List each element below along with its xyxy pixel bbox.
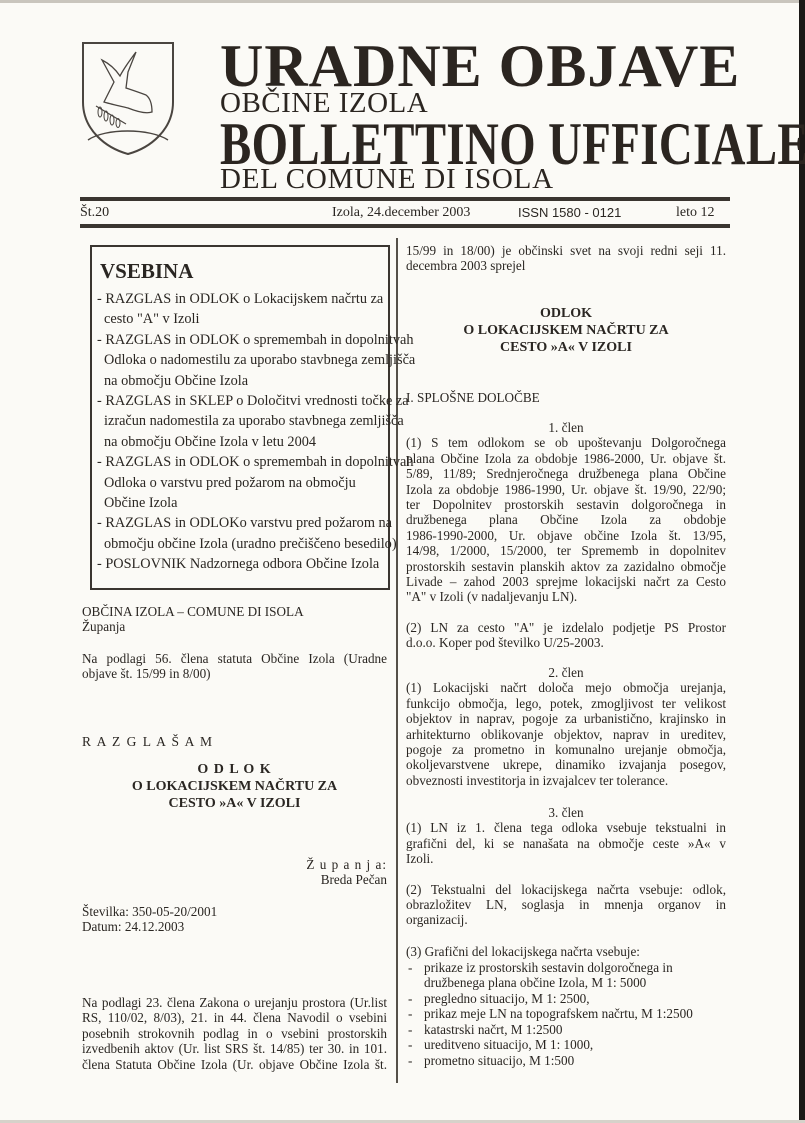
paragraph-line: grafični del, ki se nanašata na območje …: [406, 836, 726, 851]
paragraph-line: arhitekturno oblikovanje objektov, napra…: [406, 727, 726, 742]
issue-info-bar: Št.20 Izola, 24.december 2003 ISSN 1580 …: [80, 205, 730, 221]
paragraph-line: Izola za obdobje 1986-1990, Ur. objave š…: [406, 482, 726, 497]
left-decree-title: O D L O K O LOKACIJSKEM NAČRTU ZA CESTO …: [82, 761, 387, 812]
preamble-line: decembra 2003 sprejel: [406, 258, 726, 273]
issuer-role: Županja: [82, 619, 387, 634]
article-2: 2. člen(1) Lokacijski načrt določa mejo …: [406, 665, 726, 788]
paragraph-line: organizacij.: [406, 912, 726, 927]
paragraph-line: pogoje za prometno in komunalno urejanje…: [406, 742, 726, 757]
council-preamble-continued: 15/99 in 18/00) je občinski svet na svoj…: [406, 243, 726, 274]
legal-basis-line: Na podlagi 56. člena statuta Občine Izol…: [82, 651, 387, 666]
issn: ISSN 1580 - 0121: [518, 205, 621, 221]
paragraph-line: d.o.o. Koper pod številko U/25-2003.: [406, 635, 726, 650]
paragraph-line: funkcijo območja, lego, potek, zmogljivo…: [406, 696, 726, 711]
paragraph-line: družbenega plana Občine Izola za obdobje: [406, 512, 726, 527]
paragraph-line: okoljevarstvene ukrepe, dinamiko izvajan…: [406, 757, 726, 772]
toc-item-line: - RAZGLAS in ODLOK o Lokacijskem načrtu …: [97, 289, 387, 309]
toc-item: - RAZGLAS in SKLEP o Določitvi vrednosti…: [97, 391, 387, 452]
graphic-part-line: ureditveno situacijo, M 1: 1000,: [424, 1037, 726, 1053]
list-dash-icon: -: [408, 1006, 412, 1022]
toc-item-line: - RAZGLAS in SKLEP o Določitvi vrednosti…: [97, 391, 387, 411]
graphic-part-line: prikaze iz prostorskih sestavin dolgoroč…: [424, 960, 726, 976]
preamble-line: člena Statuta Občine Izola (Ur. objave O…: [82, 1057, 387, 1072]
issue-place-date: Izola, 24.december 2003: [332, 205, 470, 221]
decree-title-line: CESTO »A« V IZOLI: [406, 339, 726, 356]
paragraph-line: (1) LN iz 1. člena tega odloka vsebuje t…: [406, 820, 726, 835]
issuer-name: OBČINA IZOLA – COMUNE DI ISOLA: [82, 604, 387, 619]
masthead-rule-bottom: [80, 224, 730, 228]
toc-item: - RAZGLAS in ODLOKo varstvu pred požarom…: [97, 513, 387, 554]
section-heading: I. SPLOŠNE DOLOČBE: [406, 390, 726, 405]
council-preamble: Na podlagi 23. člena Zakona o urejanju p…: [82, 995, 387, 1072]
table-of-contents: VSEBINA - RAZGLAS in ODLOK o Lokacijskem…: [90, 245, 390, 590]
graphic-part-list: (3) Grafični del lokacijskega načrta vse…: [406, 944, 726, 1068]
toc-item-line: na območju Občine Izola v letu 2004: [97, 432, 387, 452]
signature-name: Breda Pečan: [82, 872, 387, 887]
list-dash-icon: -: [408, 1037, 412, 1053]
issuer-block: OBČINA IZOLA – COMUNE DI ISOLA Županja: [82, 604, 387, 635]
paragraph-line: 14/98, 1/2000, 15/2000, ter Sprememb in …: [406, 543, 726, 558]
paragraph-line: Izoli.: [406, 851, 726, 866]
issue-year: leto 12: [676, 205, 715, 221]
graphic-part-line: prometno situacijo, M 1:500: [424, 1053, 726, 1069]
toc-item-line: - RAZGLAS in ODLOK o spremembah in dopol…: [97, 452, 387, 472]
scan-edge-top: [0, 0, 805, 3]
signature-role: Ž u p a n j a:: [82, 857, 387, 872]
issue-number: Št.20: [80, 205, 109, 221]
graphic-part-line: pregledno situacijo, M 1: 2500,: [424, 991, 726, 1007]
preamble-line: 15/99 in 18/00) je občinski svet na svoj…: [406, 243, 726, 258]
document-date: Datum: 24.12.2003: [82, 919, 387, 934]
graphic-part-item: -prikaze iz prostorskih sestavin dolgoro…: [406, 960, 726, 991]
article-paragraph: (2) LN za cesto "A" je izdelalo podjetje…: [406, 620, 726, 651]
toc-item-line: cesto "A" v Izoli: [97, 309, 387, 329]
article-heading: 3. člen: [406, 805, 726, 820]
toc-item-line: Odloka o nadomestilu za uporabo stavbneg…: [97, 350, 387, 370]
toc-item-line: na območju Občine Izola: [97, 371, 387, 391]
paragraph-line: obrazložitev LN, soglasja in mnenja orga…: [406, 897, 726, 912]
article-heading: 1. člen: [406, 420, 726, 435]
article-paragraph: (1) S tem odlokom se ob upoštevanju Dolg…: [406, 435, 726, 604]
list-dash-icon: -: [408, 1022, 412, 1038]
dove-with-olive-branch-shield-icon: [80, 40, 176, 157]
toc-item: - RAZGLAS in ODLOK o spremembah in dopol…: [97, 452, 387, 513]
toc-item-line: območju občine Izola (uradno prečiščeno …: [97, 534, 387, 554]
list-dash-icon: -: [408, 960, 412, 976]
toc-item-line: Odloka o varstvu pred požarom na območju: [97, 473, 387, 493]
toc-item-line: Občine Izola: [97, 493, 387, 513]
document-reference: Številka: 350-05-20/2001 Datum: 24.12.20…: [82, 904, 387, 935]
article-paragraph: (1) Lokacijski načrt določa mejo območja…: [406, 680, 726, 788]
preamble-line: RS, 110/02, 8/03), 21. in 44. člena Navo…: [82, 1010, 387, 1025]
graphic-part-item: -pregledno situacijo, M 1: 2500,: [406, 991, 726, 1007]
article-paragraph: (2) Tekstualni del lokacijskega načrta v…: [406, 882, 726, 928]
signature-block: Ž u p a n j a: Breda Pečan: [82, 857, 387, 888]
toc-item: - RAZGLAS in ODLOK o spremembah in dopol…: [97, 330, 387, 391]
list-dash-icon: -: [408, 991, 412, 1007]
document-number: Številka: 350-05-20/2001: [82, 904, 387, 919]
toc-item-line: izračun nadomestila za uporabo stavbnega…: [97, 411, 387, 431]
decree-title-line: ODLOK: [406, 305, 726, 322]
graphic-part-line: katastrski načrt, M 1:2500: [424, 1022, 726, 1038]
paragraph-line: (1) S tem odlokom se ob upoštevanju Dolg…: [406, 435, 726, 450]
graphic-part-item: -katastrski načrt, M 1:2500: [406, 1022, 726, 1038]
toc-item: - RAZGLAS in ODLOK o Lokacijskem načrtu …: [97, 289, 387, 330]
preamble-line: izvedbenih aktov (Ur. list SRS št. 14/85…: [82, 1041, 387, 1056]
graphic-part-line: prikaz meje LN na topografskem načrtu, M…: [424, 1006, 726, 1022]
decree-title-line: CESTO »A« V IZOLI: [82, 795, 387, 812]
paragraph-line: "A" v Izoli (v nadaljevanju LN).: [406, 589, 726, 604]
right-decree-title: ODLOK O LOKACIJSKEM NAČRTU ZA CESTO »A« …: [406, 305, 726, 356]
paragraph-line: Livade – zahod 2003 sprejme lokacijski n…: [406, 574, 726, 589]
legal-basis: Na podlagi 56. člena statuta Občine Izol…: [82, 651, 387, 682]
article-heading: 2. člen: [406, 665, 726, 680]
paragraph-line: (1) Lokacijski načrt določa mejo območja…: [406, 680, 726, 695]
paragraph-line: plana Občine Izola za obdobje 1986-2000,…: [406, 451, 726, 466]
decree-title-line: O D L O K: [82, 761, 387, 778]
toc-item: - POSLOVNIK Nadzornega odbora Občine Izo…: [97, 554, 387, 574]
preamble-line: Na podlagi 23. člena Zakona o urejanju p…: [82, 995, 387, 1010]
decree-title-line: O LOKACIJSKEM NAČRTU ZA: [406, 322, 726, 339]
masthead-rule-top: [80, 197, 730, 201]
list-dash-icon: -: [408, 1053, 412, 1069]
toc-item-line: - RAZGLAS in ODLOKo varstvu pred požarom…: [97, 513, 387, 533]
masthead-subtitle-italian: DEL COMUNE DI ISOLA: [220, 165, 554, 194]
toc-list: - RAZGLAS in ODLOK o Lokacijskem načrtu …: [97, 289, 387, 575]
article-paragraph: (1) LN iz 1. člena tega odloka vsebuje t…: [406, 820, 726, 866]
graphic-part-item: -prikaz meje LN na topografskem načrtu, …: [406, 1006, 726, 1022]
paragraph-line: 5/89, 11/89; Srednjeročnega družbenega p…: [406, 466, 726, 481]
graphic-part-line: družbenega plana občine Izola, M 1: 5000: [424, 975, 726, 991]
graphic-part-item: -prometno situacijo, M 1:500: [406, 1053, 726, 1069]
paragraph-line: obveznosti investitorja in izvajalcev te…: [406, 773, 726, 788]
proclamation: R A Z G L A Š A M: [82, 734, 387, 749]
toc-item-line: - RAZGLAS in ODLOK o spremembah in dopol…: [97, 330, 387, 350]
paragraph-line: ter Dopolnitev prostorskih sestavin dolg…: [406, 497, 726, 512]
preamble-line: posebnih strokovnih podlag in o vsebini …: [82, 1026, 387, 1041]
paragraph-line: prostorskih sestavin planskih aktov za z…: [406, 559, 726, 574]
legal-basis-line: objave št. 15/99 in 8/00): [82, 666, 387, 681]
paragraph-line: (2) LN za cesto "A" je izdelalo podjetje…: [406, 620, 726, 635]
graphic-part-intro: (3) Grafični del lokacijskega načrta vse…: [406, 944, 726, 960]
paragraph-line: 1986-1990-2000, Ur. objave občine Izola …: [406, 528, 726, 543]
paragraph-line: objektov in naprav, pogoje za urbanistič…: [406, 711, 726, 726]
toc-item-line: - POSLOVNIK Nadzornega odbora Občine Izo…: [97, 554, 387, 574]
decree-title-line: O LOKACIJSKEM NAČRTU ZA: [82, 778, 387, 795]
article-1: 1. člen(1) S tem odlokom se ob upoštevan…: [406, 420, 726, 651]
article-3: 3. člen(1) LN iz 1. člena tega odloka vs…: [406, 805, 726, 928]
graphic-part-item: -ureditveno situacijo, M 1: 1000,: [406, 1037, 726, 1053]
paragraph-line: (2) Tekstualni del lokacijskega načrta v…: [406, 882, 726, 897]
toc-title: VSEBINA: [100, 261, 193, 282]
